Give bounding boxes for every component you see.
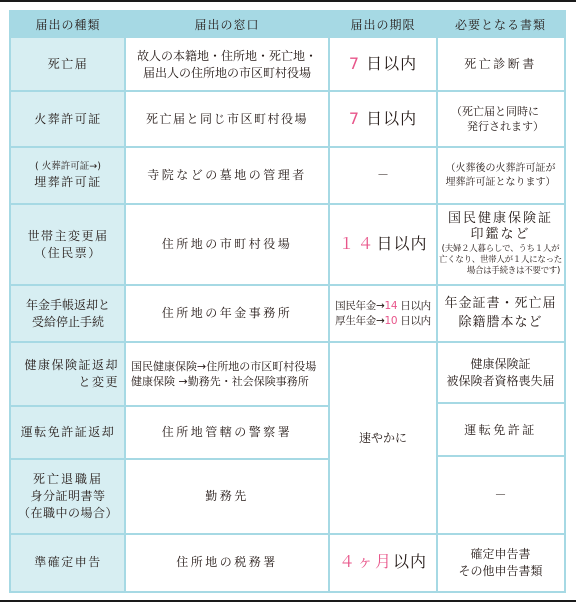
row-death-notice-window: 故人の本籍地・住所地・死亡地・ 届出人の住所地の市区町村役場 <box>125 38 329 91</box>
header-window-label: 届出の窓口 <box>194 17 259 34</box>
deadline-suffix: 日以内 <box>377 233 428 255</box>
docs-line: その他申告書類 <box>458 563 542 580</box>
grid-hline <box>11 90 564 92</box>
window-label: 寺院などの墓地の管理者 <box>147 167 307 184</box>
row-tax-return-docs: 確定申告書 その他申告書類 <box>437 534 564 591</box>
header-deadline: 届出の期限 <box>329 12 437 38</box>
row-health-insurance-window: 国民健康保険→住所地の市区町村役場 健康保険 →勤務先・社会保険事務所 <box>125 342 329 406</box>
row-health-insurance-docs: 健康保険証 被保険者資格喪失届 <box>437 342 564 404</box>
deadline-suffix: 以内 <box>393 551 427 573</box>
window-label: 勤務先 <box>205 488 249 505</box>
type-label: 運転免許証返却 <box>21 424 116 441</box>
row-cremation-permit-deadline: 7 日以内 <box>329 91 437 147</box>
docs-note-line: 亡くなり、世帯人が１人になった <box>439 255 562 266</box>
row-pension-type: 年金手帳返却と 受給停止手続 <box>11 285 125 342</box>
row-tax-return-type: 準確定申告 <box>11 534 125 591</box>
grid-hline <box>11 203 564 205</box>
deadline-number: 7 <box>349 53 360 75</box>
row-burial-permit-window: 寺院などの墓地の管理者 <box>125 147 329 204</box>
grid-hline <box>437 455 564 457</box>
window-line: 健康保険 →勤務先・社会保険事務所 <box>131 374 309 389</box>
grid-hline <box>11 458 329 460</box>
row-pension-deadline: 国民年金→14 日以内 厚生年金→10 日以内 <box>329 285 437 342</box>
grid-vline <box>328 38 330 591</box>
grid-vline <box>436 38 438 591</box>
deadline-suffix: 日以内 <box>366 108 417 130</box>
deadline-number: 14 <box>384 300 397 312</box>
type-line: （在職中の場合） <box>18 505 118 522</box>
window-line: 国民健康保険→住所地の市区町村役場 <box>131 359 316 374</box>
docs-line: （火葬後の火葬許可証が <box>446 162 556 176</box>
deadline-prefix: 国民年金→ <box>335 300 384 312</box>
docs-label: 死亡診断書 <box>464 56 537 73</box>
header-documents: 必要となる書類 <box>437 12 564 38</box>
docs-label: 運転免許証 <box>464 422 537 439</box>
row-drivers-license-type: 運転免許証返却 <box>11 406 125 459</box>
type-label: 準確定申告 <box>34 554 102 571</box>
deadline-label: 速やかに <box>359 430 407 447</box>
row-cremation-permit-type: 火葬許可証 <box>11 91 125 147</box>
deadline-suffix: 日以内 <box>397 300 431 312</box>
docs-line: 健康保険証 <box>470 356 530 373</box>
header-window: 届出の窓口 <box>125 12 329 38</box>
grid-hline <box>11 341 564 343</box>
deadline-line-national: 国民年金→14 日以内 <box>335 299 431 314</box>
row-retirement-window: 勤務先 <box>125 459 329 534</box>
docs-line: 確定申告書 <box>470 546 530 563</box>
type-line: 死亡退職届 <box>33 471 103 488</box>
type-line: 年金手帳返却と <box>26 297 110 314</box>
notification-table: 届出の種類 届出の窓口 届出の期限 必要となる書類 死亡届 故人の本籍地・住所地… <box>9 10 566 593</box>
window-label: 住所地管轄の警察署 <box>162 424 293 441</box>
type-line: 受給停止手続 <box>32 314 104 331</box>
type-line: 世帯主変更届 <box>27 228 108 245</box>
row-burial-permit-deadline: － <box>329 147 437 204</box>
deadline-number: 7 <box>349 108 360 130</box>
row-pension-window: 住所地の年金事務所 <box>125 285 329 342</box>
docs-line: （死亡届と同時に <box>437 104 539 119</box>
row-health-insurance-type: 健康保険証返却 と変更 <box>11 342 125 406</box>
header-documents-label: 必要となる書類 <box>455 17 546 34</box>
row-householder-change-type: 世帯主変更届 （住民票） <box>11 204 125 285</box>
docs-line: 国民健康保険証 <box>448 211 553 227</box>
grid-vline <box>124 38 126 591</box>
window-line: 故人の本籍地・住所地・死亡地・ <box>137 48 317 65</box>
type-note: ( 火葬許可証→) <box>35 161 101 174</box>
row-death-notice-deadline: 7 日以内 <box>329 38 437 91</box>
grid-hline <box>11 533 564 535</box>
docs-label: － <box>494 487 506 504</box>
type-line: と変更 <box>78 374 119 391</box>
window-label: 住所地の税務署 <box>176 554 278 571</box>
type-label: 火葬許可証 <box>34 111 102 128</box>
top-rule <box>0 0 576 2</box>
row-drivers-license-window: 住所地管轄の警察署 <box>125 406 329 459</box>
deadline-suffix: 日以内 <box>397 315 431 327</box>
type-line: 健康保険証返却 <box>24 357 119 374</box>
docs-note-line: 場合は手続きは不要です) <box>467 266 564 277</box>
deadline-label: － <box>377 167 389 184</box>
window-label: 住所地の市町村役場 <box>162 236 293 253</box>
docs-line: 被保険者資格喪失届 <box>446 373 554 390</box>
type-line: 身分証明書等 <box>30 488 105 505</box>
deadline-number: ４ヶ月 <box>339 551 393 573</box>
window-label: 死亡届と同じ市区町村役場 <box>146 111 308 128</box>
docs-line: 埋葬許可証となります） <box>446 176 556 190</box>
row-burial-permit-docs: （火葬後の火葬許可証が 埋葬許可証となります） <box>437 147 564 204</box>
deadline-line-employee: 厚生年金→10 日以内 <box>335 314 431 329</box>
grid-hline <box>11 405 329 407</box>
row-death-notice-docs: 死亡診断書 <box>437 38 564 91</box>
docs-note-line: (夫婦２人暮らしで、うち１人が <box>442 244 560 255</box>
window-label: 住所地の年金事務所 <box>162 305 293 322</box>
type-line: （住民票） <box>34 245 102 262</box>
type-label: 死亡届 <box>48 56 89 73</box>
row-householder-change-window: 住所地の市町村役場 <box>125 204 329 285</box>
deadline-number: 10 <box>384 315 397 327</box>
row-burial-permit-type: ( 火葬許可証→) 埋葬許可証 <box>11 147 125 204</box>
row-tax-return-deadline: ４ヶ月以内 <box>329 534 437 591</box>
grid-hline <box>11 284 564 286</box>
grid-hline <box>11 146 564 148</box>
merged-deadline-promptly: 速やかに <box>329 342 437 534</box>
grid-hline <box>437 402 564 404</box>
docs-line: 発行されます） <box>457 119 544 134</box>
header-type: 届出の種類 <box>11 12 125 38</box>
row-drivers-license-docs: 運転免許証 <box>437 404 564 457</box>
row-cremation-permit-docs: （死亡届と同時に 発行されます） <box>437 91 564 147</box>
row-death-notice-type: 死亡届 <box>11 38 125 91</box>
deadline-suffix: 日以内 <box>366 53 417 75</box>
docs-line: 年金証書・死亡届 <box>444 295 556 313</box>
deadline-prefix: 厚生年金→ <box>335 315 384 327</box>
row-cremation-permit-window: 死亡届と同じ市区町村役場 <box>125 91 329 147</box>
docs-line: 除籍謄本など <box>458 314 542 332</box>
row-householder-change-deadline: １４日以内 <box>329 204 437 285</box>
docs-line: 印鑑など <box>470 227 530 243</box>
deadline-number: １４ <box>338 233 376 255</box>
row-householder-change-docs: 国民健康保険証 印鑑など (夫婦２人暮らしで、うち１人が 亡くなり、世帯人が１人… <box>437 204 564 285</box>
header-deadline-label: 届出の期限 <box>350 17 415 34</box>
bottom-rule <box>0 600 576 602</box>
row-tax-return-window: 住所地の税務署 <box>125 534 329 591</box>
row-retirement-docs: － <box>437 457 564 534</box>
row-retirement-type: 死亡退職届 身分証明書等 （在職中の場合） <box>11 459 125 534</box>
type-label: 埋葬許可証 <box>34 174 102 191</box>
header-type-label: 届出の種類 <box>35 17 100 34</box>
row-pension-docs: 年金証書・死亡届 除籍謄本など <box>437 285 564 342</box>
window-line: 届出人の住所地の市区町村役場 <box>143 65 311 82</box>
